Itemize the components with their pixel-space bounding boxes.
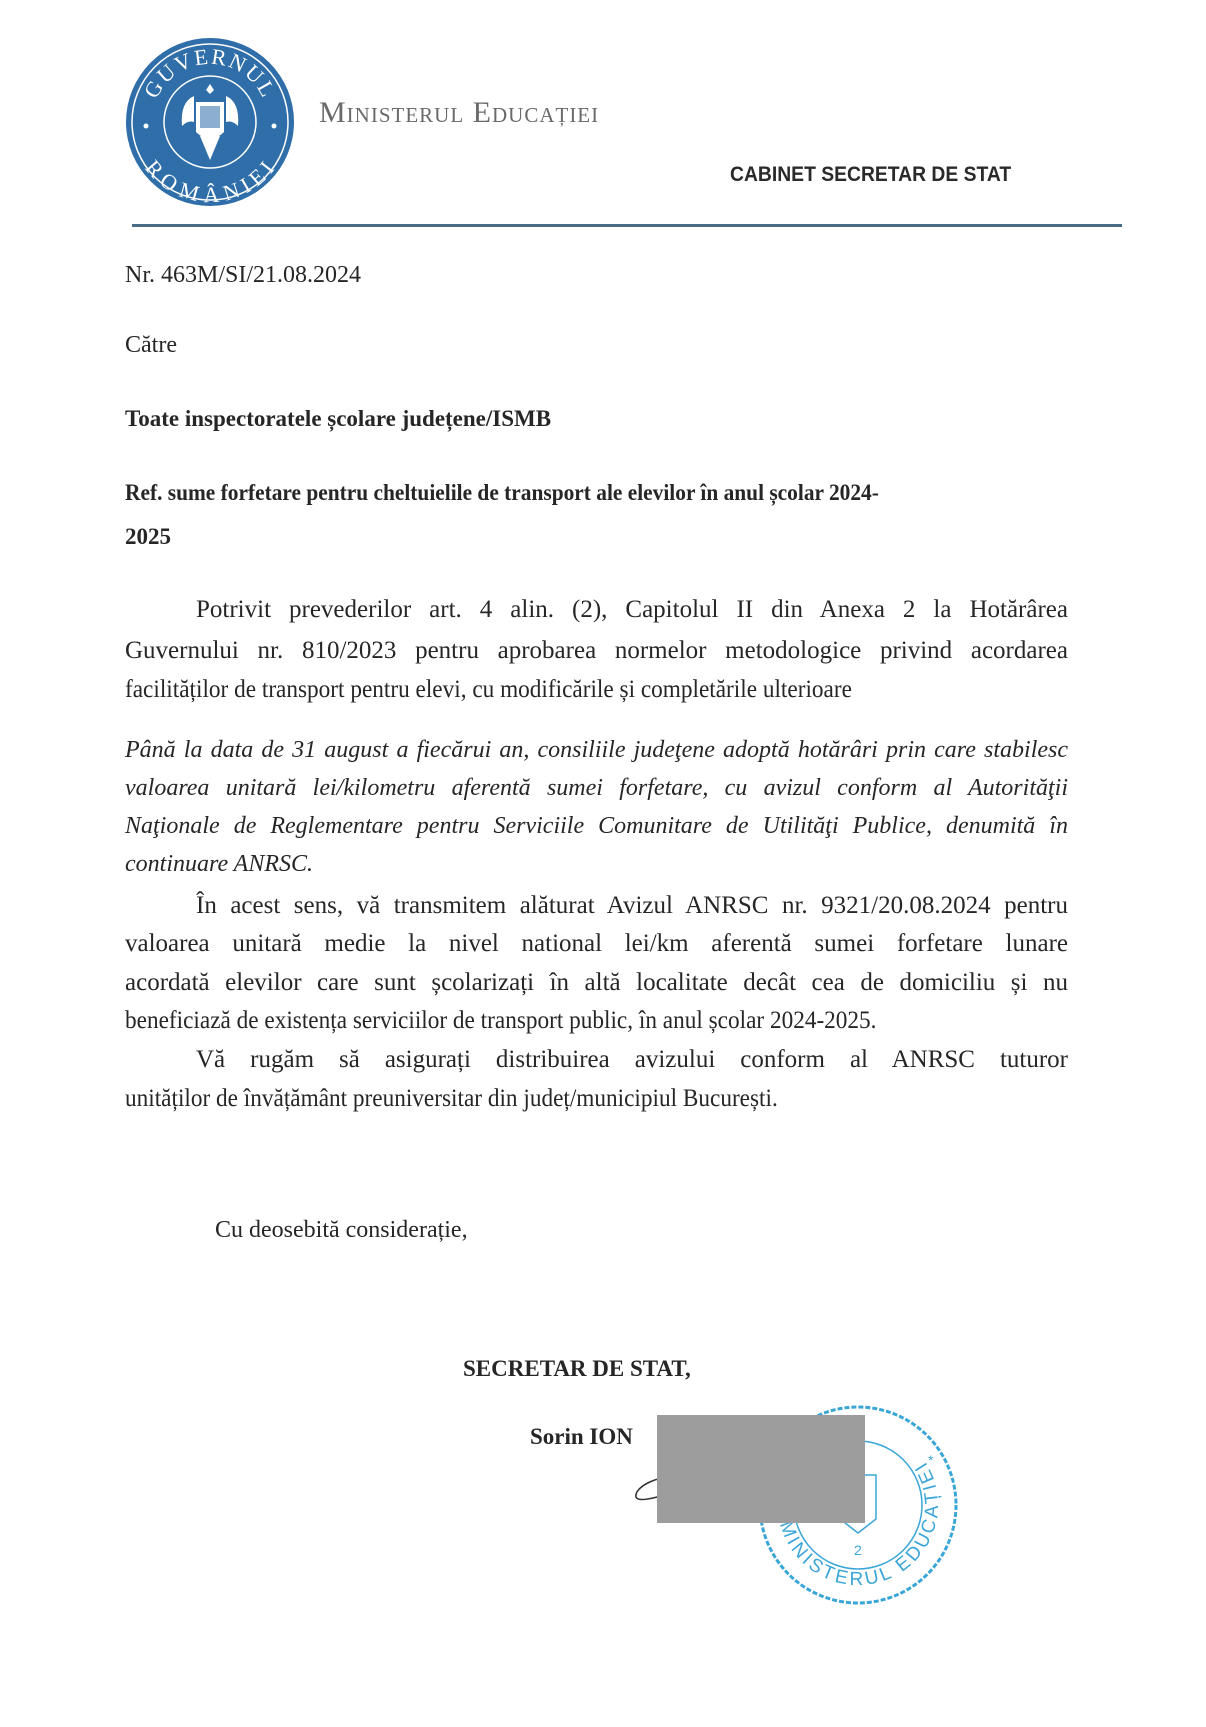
svg-text:*: * — [928, 1452, 934, 1468]
department-name: CABINET SECRETAR DE STAT — [730, 163, 1011, 187]
paragraph-3-line-2: unităților de învățământ preuniversitar … — [125, 1086, 827, 1111]
paragraph-2-line-2: valoarea unitară medie la nivel national… — [125, 931, 1068, 956]
signer-name: Sorin ION — [530, 1425, 633, 1448]
quote-line-1: Până la data de 31 august a fiecărui an,… — [125, 738, 1068, 762]
paragraph-2-line-3: acordată elevilor care sunt școlarizați … — [125, 970, 1068, 995]
paragraph-1-line-1: Potrivit prevederilor art. 4 alin. (2), … — [196, 597, 1068, 622]
quote-line-4: continuare ANRSC. — [125, 852, 313, 876]
paragraph-1-line-2: Guvernului nr. 810/2023 pentru aprobarea… — [125, 638, 1068, 663]
svg-text:2: 2 — [854, 1542, 862, 1558]
quote-line-3: Naţionale de Reglementare pentru Servici… — [125, 814, 1068, 838]
paragraph-3-line-1: Vă rugăm să asigurați distribuirea avizu… — [196, 1047, 1068, 1072]
registration-number: Nr. 463M/SI/21.08.2024 — [125, 263, 361, 287]
to-label: Către — [125, 333, 177, 357]
reference-line-2: 2025 — [125, 525, 171, 548]
header-divider — [132, 224, 1122, 227]
reference-line-1: Ref. sume forfetare pentru cheltuielile … — [125, 481, 936, 504]
paragraph-2-line-4: beneficiază de existența serviciilor de … — [125, 1008, 933, 1033]
ministry-name: Ministerul Educației — [319, 96, 599, 130]
recipient: Toate inspectoratele școlare județene/IS… — [125, 407, 551, 430]
quote-line-2: valoarea unitară lei/kilometru aferentă … — [125, 776, 1068, 800]
closing: Cu deosebită considerație, — [215, 1218, 468, 1242]
government-seal-icon: GUVERNUL ROMÂNIEI — [124, 36, 296, 208]
signer-title: SECRETAR DE STAT, — [463, 1357, 691, 1380]
paragraph-2-line-1: În acest sens, vă transmitem alăturat Av… — [196, 893, 1068, 918]
redacted-signature — [657, 1415, 865, 1523]
paragraph-1-line-3: facilităților de transport pentru elevi,… — [125, 677, 907, 702]
